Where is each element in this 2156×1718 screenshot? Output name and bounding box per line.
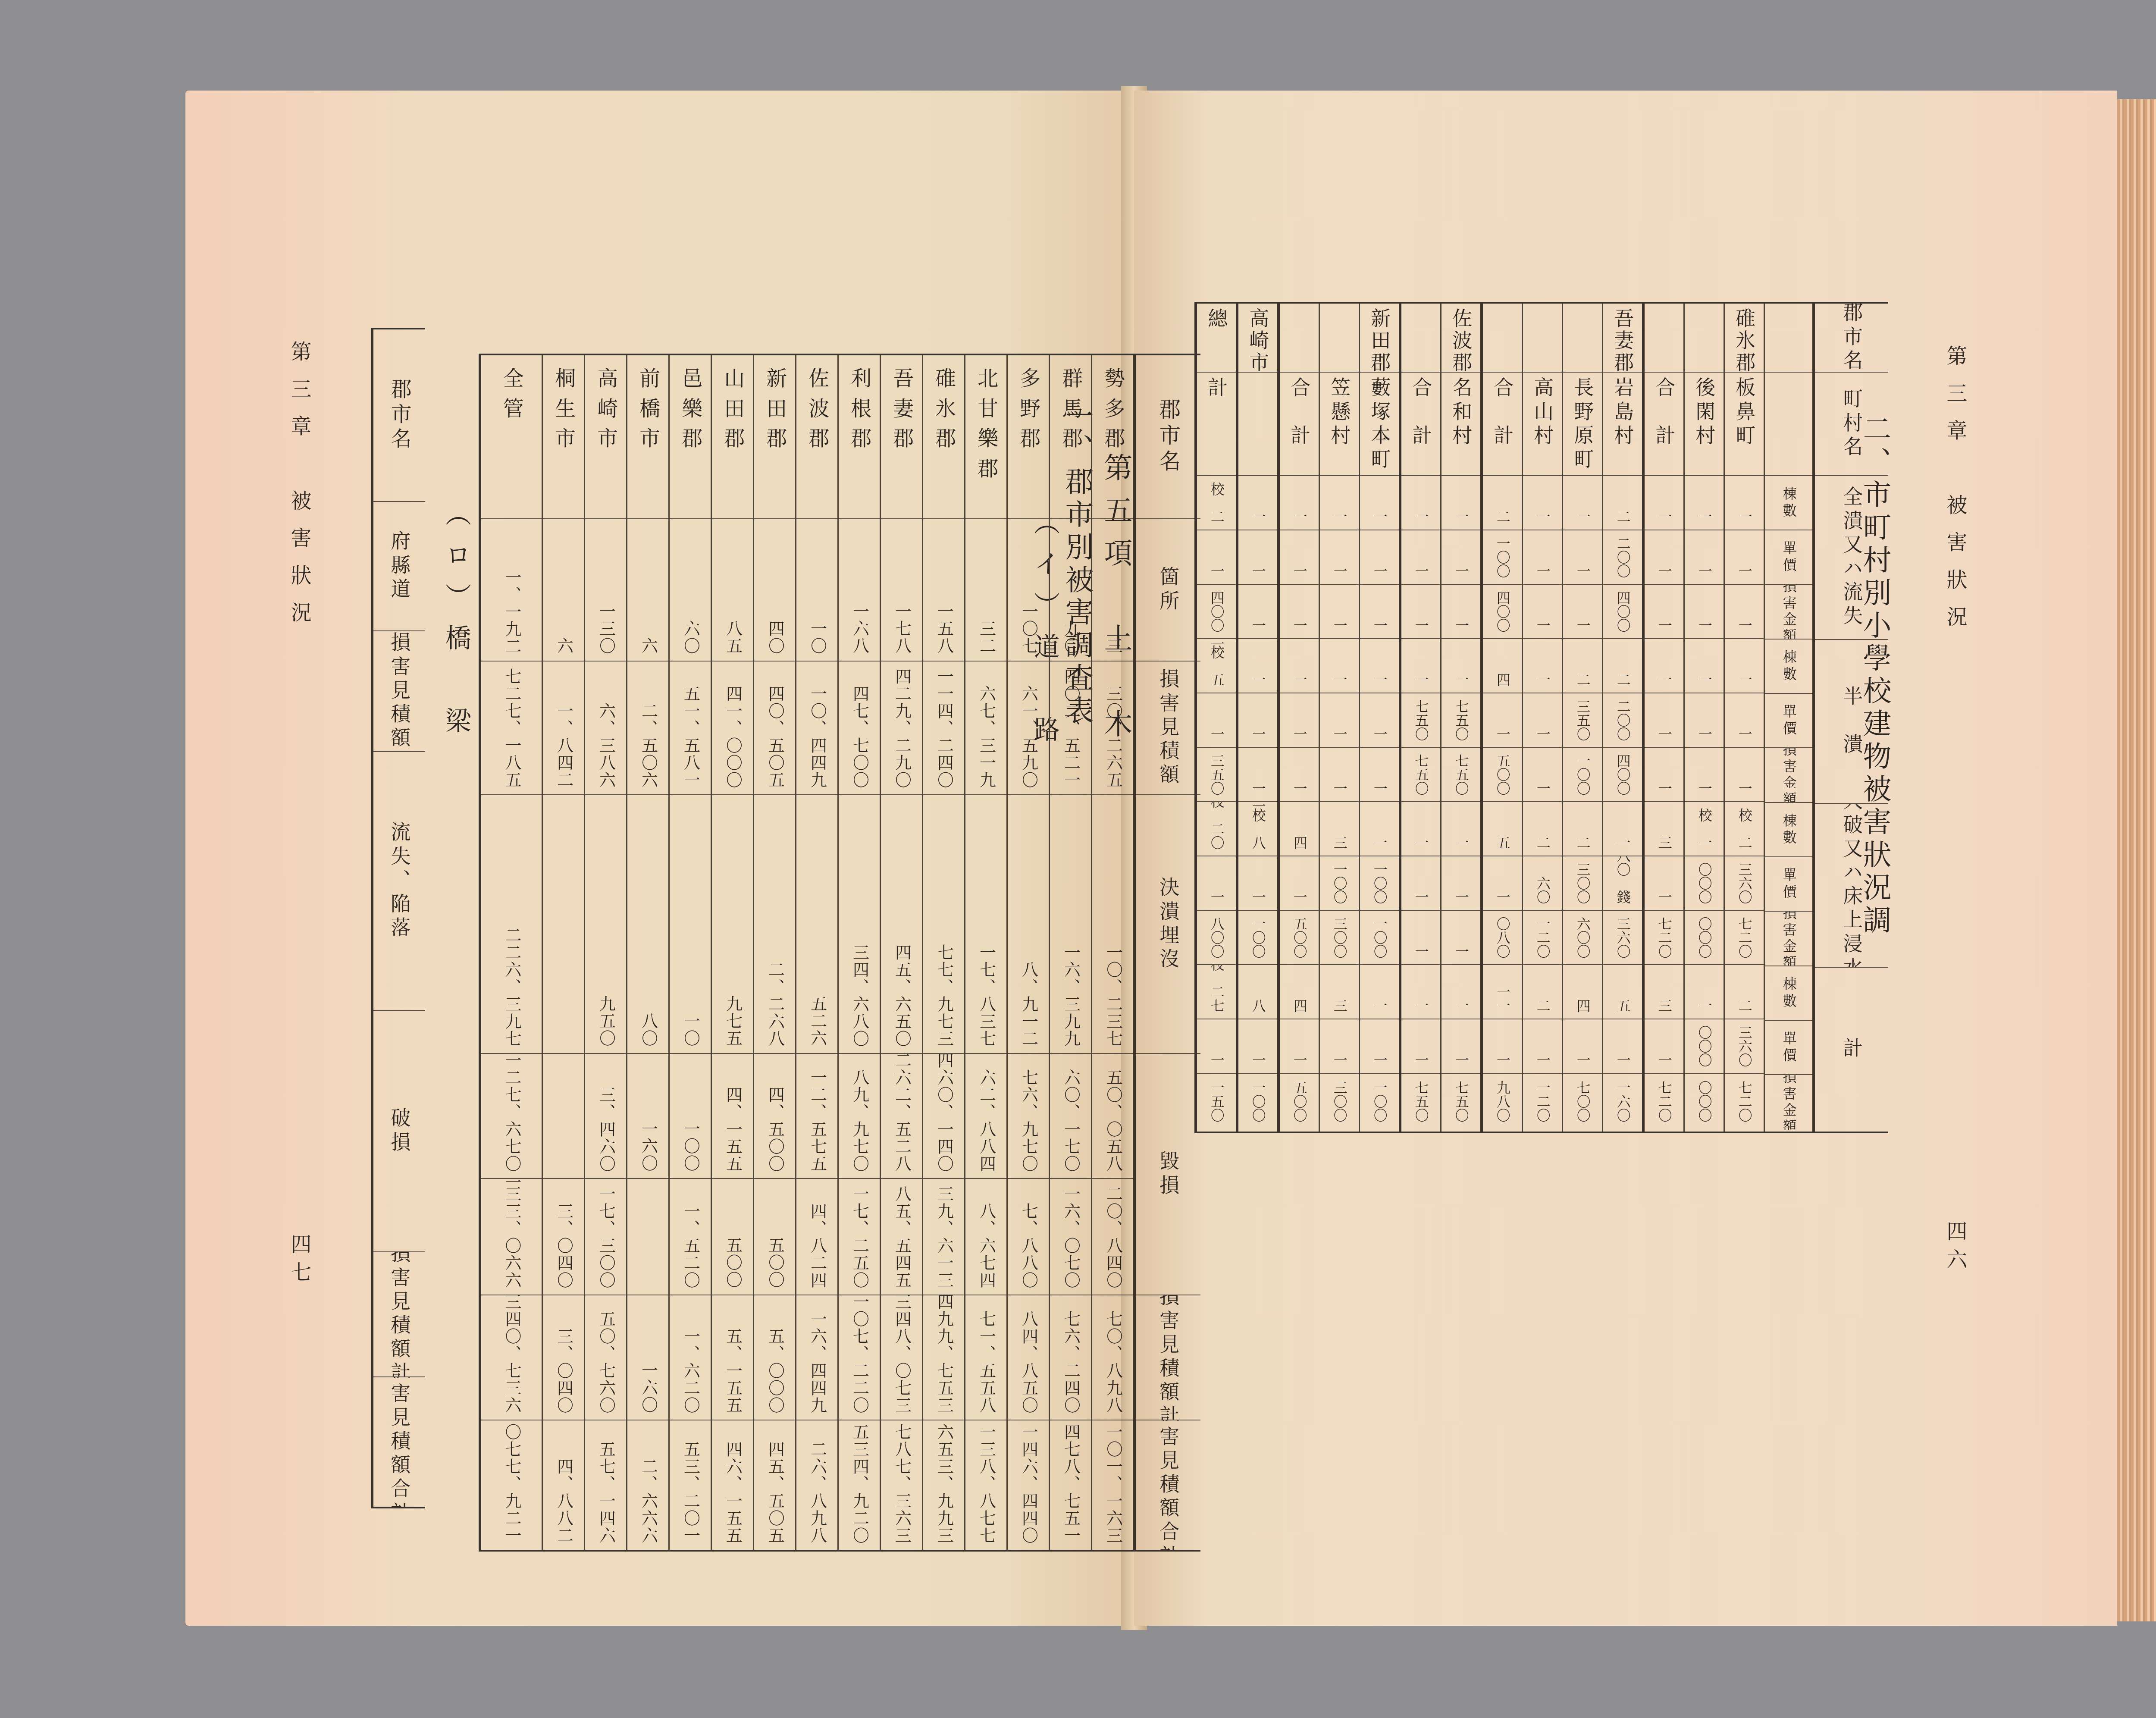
school-cell-value: 四〇〇 — [1495, 591, 1510, 632]
road-cell-value: 四〇、五〇五 — [766, 685, 783, 788]
school-cell-value: 一 — [1250, 564, 1265, 578]
road-cell-value: 一六〇 — [639, 1362, 657, 1414]
road-cell-dmg-amount: 六〇、一七〇 — [1050, 1054, 1091, 1179]
school-cell: 七、七二〇 — [1645, 1074, 1683, 1128]
road-cell-value: 一五八 — [935, 603, 953, 655]
school-cell-value: 四 — [1292, 836, 1307, 850]
school-cell-value: 一二〇 — [1535, 1081, 1550, 1122]
school-cell-value: 七、七二〇 — [1657, 1074, 1671, 1122]
school-cell-value: 二校 八 — [1250, 802, 1265, 850]
school-cell-value: 三 — [1332, 999, 1347, 1013]
road-cell-muni-amount: 三、〇四〇 — [543, 1179, 584, 1295]
road-cell-value: 四九九、七五三 — [935, 1295, 953, 1414]
school-cell: 一 — [1238, 748, 1277, 802]
school-cell: 二、一六〇 — [1603, 1074, 1642, 1128]
road-cell-value: 四、八八二 — [555, 1458, 572, 1544]
school-cell: 一 — [1238, 856, 1277, 911]
school-cell: 二一、一五〇 — [1197, 1074, 1236, 1128]
road-cell-muni-amount: 一六、〇七〇 — [1050, 1179, 1091, 1295]
school-cell: 一 — [1725, 530, 1764, 585]
road-cell-pref-places: 四〇 — [754, 519, 795, 661]
road-cell-dmg-amount: 一六〇 — [627, 1054, 668, 1179]
road-cell-value: 二二六、三九七 — [503, 927, 520, 1047]
page-number-left: 四七 — [285, 1233, 314, 1289]
road-cell-total: 四、八八二 — [543, 1420, 584, 1550]
road-cell-value: 一六、三九九 — [1062, 944, 1079, 1047]
school-row: 後閑村一一一一一一一校 一七、〇〇〇七、〇〇〇一七、〇〇〇七、〇〇〇 — [1683, 304, 1724, 1132]
school-cell: 一 — [1523, 693, 1562, 748]
school-cell: 一 — [1442, 639, 1480, 693]
school-row-district — [1401, 304, 1440, 373]
road-cell-value: 三、〇四〇 — [555, 1203, 572, 1289]
blank — [1765, 304, 1812, 373]
school-cell: 一、〇八〇 — [1483, 911, 1522, 965]
school-cell: 三六〇 — [1603, 911, 1642, 965]
road-row: 高崎市一三〇六、三八六九五〇三、四六〇一七、三〇〇五〇、七六〇五七、一四六 — [584, 355, 626, 1550]
school-cell-value: 一 — [1737, 618, 1752, 632]
school-cell-value: 一 — [1413, 890, 1428, 904]
road-row: 新田郡四〇四〇、五〇五二、二六八四、五〇〇五〇〇五、〇〇〇四五、五〇五 — [753, 355, 795, 1550]
school-cell-value: 一 — [1615, 836, 1630, 850]
road-cell-value: 八五、五四五 — [893, 1185, 910, 1288]
header-group-3: 計 — [1815, 968, 1888, 1132]
road-cell-total: 五三四、九二〇 — [839, 1420, 880, 1550]
school-cell-value: 一 — [1657, 890, 1671, 904]
school-cell: 一 — [1320, 585, 1359, 639]
school-cell: 一 — [1685, 748, 1724, 802]
header-district: 郡市名 — [1815, 304, 1888, 373]
school-cell-value: 一 — [1697, 999, 1711, 1013]
school-cell-value: 一 — [1413, 618, 1428, 632]
school-row: 合 計一一一一一一四一五〇〇四一五〇〇 — [1277, 304, 1319, 1132]
school-cell: 一 — [1442, 802, 1480, 856]
school-cell: 七二〇 — [1725, 1074, 1764, 1128]
school-cell: 一 — [1238, 1019, 1277, 1074]
road-cell-total: 四五、五〇五 — [754, 1420, 795, 1550]
header-collapse: 決潰埋沒 — [1136, 795, 1200, 1054]
school-cell: 一、七五〇 — [1401, 748, 1440, 802]
road-cell-pref-places: 一〇 — [796, 519, 837, 661]
school-cell-value: 一 — [1292, 673, 1307, 687]
road-cell-value: 四、八二四 — [808, 1203, 826, 1289]
school-cell-value: 一 — [1413, 510, 1428, 524]
school-row: 笠懸村一一一一一一三一〇〇三〇〇三一三〇〇 — [1319, 304, 1359, 1132]
school-cell: 一 — [1523, 639, 1562, 693]
road-cell-total: 三、〇七七、九二一 — [481, 1420, 542, 1550]
road-row-name: 前橋市 — [627, 355, 668, 519]
road-cell-dmg-amount: 五〇、〇五八 — [1092, 1054, 1133, 1179]
road-cell-value: 一六八 — [851, 603, 868, 655]
school-cell: 一 — [1563, 530, 1602, 585]
school-cell: 三 — [1645, 802, 1683, 856]
school-cell-value: 三 — [1657, 999, 1671, 1013]
school-cell: 一 — [1645, 748, 1683, 802]
school-cell-value: 一 — [1209, 564, 1224, 578]
school-cell-value: 四、五〇〇 — [1495, 748, 1510, 795]
road-cell-value: 三、〇四〇 — [555, 1328, 572, 1414]
road-cell-value: 一六、四四九 — [808, 1310, 826, 1414]
road-cell-value: 五七、一四六 — [597, 1441, 614, 1544]
school-cell: 五〇〇 — [1280, 911, 1319, 965]
school-cell: 一 — [1442, 585, 1480, 639]
school-damage-table: 郡市名 町村名 全潰又ハ流失 半 潰 大破又ハ床上浸水 計 棟數單價損害金額棟數… — [1194, 302, 1888, 1133]
school-cell: 五、一〇〇 — [1238, 1074, 1277, 1128]
road-cell-value: 四、五〇〇 — [766, 1086, 783, 1173]
road-cell-muni-total: 一、三四〇、七三六 — [481, 1295, 542, 1420]
bridge-header-district: 郡市名 — [373, 329, 425, 502]
road-cell-col-amount: 七七、九七三 — [923, 795, 964, 1054]
road-cell-muni-total: 五〇、七六〇 — [585, 1295, 626, 1420]
school-cell-value: 一 — [1292, 1053, 1307, 1067]
road-cell-pref-places: 八五 — [712, 519, 753, 661]
school-cell: 坪 八〇 錢 — [1603, 856, 1642, 911]
school-cell: 一 — [1320, 639, 1359, 693]
school-cell-value: 一 — [1454, 890, 1468, 904]
school-cell-value: 一四、八〇〇 — [1209, 911, 1224, 958]
school-cell: 一 — [1603, 802, 1642, 856]
school-row-town: 笠懸村 — [1320, 373, 1359, 476]
school-row: 高山村一一一一一一二六〇一二〇二一一二〇 — [1522, 304, 1562, 1132]
school-cell: 一 — [1725, 693, 1764, 748]
road-cell-pref-places: 一六八 — [839, 519, 880, 661]
school-cell: 一 — [1320, 530, 1359, 585]
bridge-header-column: 郡市名 府縣道 損害見積額 流失、陥落 破損 損害見積額計 損害見積額合計 — [371, 329, 425, 1507]
school-cell: 一 — [1280, 856, 1319, 911]
road-row-name: 邑樂郡 — [670, 355, 711, 519]
school-cell: 一 — [1442, 476, 1480, 530]
school-cell: 一 — [1523, 476, 1562, 530]
road-cell-value: 一三〇 — [597, 603, 614, 655]
school-cell: 一 — [1563, 1019, 1602, 1074]
road-cell-dmg-amount: 四、一五五 — [712, 1054, 753, 1179]
road-cell-pref-amount: 六、三八六 — [585, 661, 626, 795]
road-row: 邑樂郡六〇五一、五八一一〇一〇〇一、五二〇一、六二〇五三、二〇一 — [668, 355, 711, 1550]
road-cell-muni-total: 三、〇四〇 — [543, 1295, 584, 1420]
school-cell: 一 — [1238, 639, 1277, 693]
school-cell-value: 一 — [1332, 564, 1347, 578]
road-cell-total: 四六、一五五 — [712, 1420, 753, 1550]
school-cell-value: 一 — [1697, 510, 1711, 524]
road-cell-muni-total: 七一、五五八 — [965, 1295, 1006, 1420]
school-cell-value: 七、〇〇〇 — [1697, 856, 1711, 904]
school-cell-value: 一、七五〇 — [1413, 748, 1428, 795]
school-cell: 一〇〇 — [1360, 911, 1399, 965]
subheader-1: 單價 — [1765, 1021, 1812, 1075]
school-row: 新田郡藪塚本町一一一一一一一一〇〇一〇〇一一一〇〇 — [1359, 304, 1399, 1132]
school-cell-value: 一 — [1454, 510, 1468, 524]
school-cell-value: 一 — [1454, 944, 1468, 958]
school-cell: 一 — [1483, 1019, 1522, 1074]
school-cell-value: 一 — [1372, 618, 1387, 632]
school-cell: 一 — [1523, 585, 1562, 639]
school-cell: 一一 — [1483, 965, 1522, 1019]
school-cell-value: 一 — [1615, 1053, 1630, 1067]
subheader-2: 損害金額 — [1765, 585, 1812, 640]
school-row-town: 板鼻町 — [1725, 373, 1764, 476]
school-cell-value: 一 — [1697, 781, 1711, 795]
school-cell-value: 坪 八〇 錢 — [1615, 856, 1630, 904]
road-row-name: 高崎市 — [585, 355, 626, 519]
school-cell-value: 二 — [1535, 999, 1550, 1013]
school-cell: 一、七五〇 — [1442, 748, 1480, 802]
road-cell-value: 七八七、三六三 — [893, 1423, 910, 1544]
school-row-town: 藪塚本町 — [1360, 373, 1399, 476]
road-cell-value: 六〇 — [682, 620, 699, 655]
road-cell-muni-total: 五、一五五 — [712, 1295, 753, 1420]
school-row-district — [1645, 304, 1683, 373]
school-cell: 一 — [1360, 693, 1399, 748]
road-cell-muni-amount: 二三三、〇六六 — [481, 1179, 542, 1295]
subheader-0: 棟數 — [1765, 966, 1812, 1021]
road-row: 山田郡八五四一、〇〇〇九七五四、一五五五〇〇五、一五五四六、一五五 — [711, 355, 753, 1550]
road-cell-total: 二、六六六 — [627, 1420, 668, 1550]
school-row-district: 總 — [1197, 304, 1236, 373]
school-cell: 一 — [1197, 856, 1236, 911]
school-cell-value: 三、一〇〇 — [1575, 748, 1590, 795]
school-cell: 三、七〇〇 — [1563, 1074, 1602, 1128]
school-row-town — [1238, 373, 1277, 476]
road-cell-value: 七〇、八九八 — [1104, 1310, 1122, 1414]
school-cell-value: 一 — [1535, 673, 1550, 687]
school-cell-value: 一〇〇 — [1372, 1081, 1387, 1122]
school-cell: 四 — [1483, 639, 1522, 693]
road-cell-value: 一三八、八七七 — [978, 1423, 995, 1544]
road-cell-value: 三〇、二六五 — [1104, 685, 1122, 788]
school-cell: 三 — [1320, 802, 1359, 856]
school-cell-value: 一 — [1697, 564, 1711, 578]
subheader-0: 棟數 — [1765, 803, 1812, 857]
school-cell-value: 一 — [1413, 944, 1428, 958]
school-cell-value: 四 — [1292, 999, 1307, 1013]
school-cell: 一〇〇 — [1483, 530, 1522, 585]
school-cell: 四、五〇〇 — [1483, 748, 1522, 802]
school-cell-value: 一 — [1535, 1053, 1550, 1067]
school-cell: 一 — [1685, 530, 1724, 585]
road-cell-dmg-amount: 一〇〇 — [670, 1054, 711, 1179]
road-cell-pref-places: 六 — [627, 519, 668, 661]
school-cell-value: 二 — [1615, 673, 1630, 687]
road-cell-value: 四一、〇〇〇 — [724, 685, 741, 788]
school-cell: 六、三五〇 — [1197, 748, 1236, 802]
header-pref-places: 箇所 — [1136, 519, 1200, 661]
road-cell-muni-total: 四九九、七五三 — [923, 1295, 964, 1420]
school-cell: 一 — [1725, 639, 1764, 693]
road-cell-value: 一、六二〇 — [682, 1328, 699, 1414]
school-cell-value: 一、〇八〇 — [1495, 911, 1510, 958]
road-cell-value: 一七、八三七 — [978, 944, 995, 1047]
school-cell: 二〇〇 — [1603, 693, 1642, 748]
school-cell-value: 一 — [1332, 618, 1347, 632]
road-cell-value: 一、七二七、一八五 — [503, 661, 520, 788]
school-cell: 一 — [1442, 530, 1480, 585]
school-cell-value: 一 — [1250, 727, 1265, 741]
school-cell-value: 一〇〇 — [1372, 862, 1387, 904]
road-cell-dmg-amount: 四、五〇〇 — [754, 1054, 795, 1179]
school-cell: 一 — [1280, 476, 1319, 530]
school-row-town: 合 計 — [1645, 373, 1683, 476]
road-row: 利根郡一六八四七、七〇〇三四、六八〇八九、九七〇一七、二五〇一〇七、二二〇五三四… — [837, 355, 880, 1550]
school-cell-value: 一 — [1575, 1053, 1590, 1067]
school-cell: 一、四〇〇 — [1603, 748, 1642, 802]
school-cell-value: 一 — [1657, 1053, 1671, 1067]
school-cell: 一 — [1645, 585, 1683, 639]
school-row-district: 佐波郡 — [1442, 304, 1480, 373]
road-cell-muni-amount: 一七、三〇〇 — [585, 1179, 626, 1295]
road-cell-pref-places: 一七八 — [881, 519, 922, 661]
road-cell-value: 六 — [555, 637, 572, 655]
subheader-0: 棟數 — [1765, 640, 1812, 694]
road-cell-value: 六 — [639, 637, 657, 655]
school-cell-value: 一 — [1575, 618, 1590, 632]
road-row: 勢多郡三三〇、二六五一〇、二三七五〇、〇五八二〇、八四〇七〇、八九八一〇一、一六… — [1091, 355, 1133, 1550]
school-cell: 一 — [1280, 585, 1319, 639]
school-row: 總計一校 二一四〇〇三校 五一六、三五〇九校 二〇一一四、八〇〇一三校 二七一二… — [1194, 304, 1236, 1132]
school-cell-value: 一 — [1495, 890, 1510, 904]
school-cell: 一 — [1442, 1019, 1480, 1074]
school-cell: 一 — [1280, 530, 1319, 585]
school-cell: 二 — [1523, 802, 1562, 856]
school-cell-value: 一 — [1657, 727, 1671, 741]
road-cell-value: 七六、二四〇 — [1062, 1310, 1079, 1414]
road-cell-muni-total: 三四八、〇七三 — [881, 1295, 922, 1420]
road-cell-pref-amount: 二、五〇六 — [627, 661, 668, 795]
school-cell-value: 四 — [1575, 999, 1590, 1013]
school-cell-value: 一 — [1372, 564, 1387, 578]
school-cell: 一二〇 — [1523, 911, 1562, 965]
school-cell-value: 一 — [1209, 890, 1224, 904]
school-cell-value: 三校 五 — [1209, 639, 1224, 687]
road-cell-pref-places: 六〇 — [670, 519, 711, 661]
school-cell: 八 — [1238, 965, 1277, 1019]
school-cell: 一 — [1280, 639, 1319, 693]
school-row: 高崎市一一一一一一二校 八一五、一〇〇八一五、一〇〇 — [1236, 304, 1277, 1132]
school-cell: 一 — [1360, 748, 1399, 802]
road-cell-pref-amount: 六一、五九〇 — [1008, 661, 1049, 795]
school-row-district: 高崎市 — [1238, 304, 1277, 373]
road-cell-value: 一、八四二 — [555, 702, 572, 789]
school-cell-value: 一 — [1250, 673, 1265, 687]
road-cell-value: 四五、六五〇 — [893, 944, 910, 1047]
school-cell-value: 三六〇 — [1737, 862, 1752, 904]
school-cell-value: 一〇〇 — [1332, 862, 1347, 904]
road-cell-value: 一〇、二三七 — [1104, 944, 1122, 1047]
road-cell-pref-amount: 四〇二、五二一 — [1050, 661, 1091, 795]
road-row: 全管一、一九二一、七二七、一八五二二六、三九七一、一二七、六七〇二三三、〇六六一… — [479, 355, 542, 1550]
school-cell: 一、七五〇 — [1442, 693, 1480, 748]
school-cell: 一 — [1280, 748, 1319, 802]
school-cell: 一 — [1197, 693, 1236, 748]
road-cell-pref-places: 九〇 — [1050, 519, 1091, 661]
school-cell: 五、九八〇 — [1483, 1074, 1522, 1128]
school-cell: 一、七五〇 — [1401, 693, 1440, 748]
road-cell-muni-total: 五、〇〇〇 — [754, 1295, 795, 1420]
school-cell-value: 一 — [1697, 673, 1711, 687]
school-cell-value: 一、七五〇 — [1454, 693, 1468, 741]
subheader-2: 損害金額 — [1765, 912, 1812, 966]
road-cell-value: 一六〇 — [639, 1120, 657, 1172]
road-cell-total: 一四六、四四〇 — [1008, 1420, 1049, 1550]
school-cell-value: 一、四〇〇 — [1615, 748, 1630, 795]
school-cell-value: 九校 二〇 — [1209, 802, 1224, 850]
school-cell-value: 一 — [1454, 1053, 1468, 1067]
school-cell: 一、七五〇 — [1442, 1074, 1480, 1128]
road-cell-value: 一〇七 — [1020, 603, 1037, 655]
school-cell: 三 — [1320, 965, 1359, 1019]
road-cell-dmg-amount: 三、四六〇 — [585, 1054, 626, 1179]
road-cell-value: 三、四六〇 — [597, 1086, 614, 1173]
road-row: 吾妻郡一七八四二九、二九〇四五、六五〇二六二、五二八八五、五四五三四八、〇七三七… — [880, 355, 922, 1550]
road-cell-col-amount: 三四、六八〇 — [839, 795, 880, 1054]
school-cell-value: 一〇〇 — [1372, 917, 1387, 958]
road-cell-value: 九五〇 — [597, 995, 614, 1047]
road-cell-value: 一、一九二 — [503, 569, 520, 655]
school-cell-value: 五、九八〇 — [1495, 1074, 1510, 1122]
school-cell: 一 — [1523, 748, 1562, 802]
school-row-town: 岩島村 — [1603, 373, 1642, 476]
school-row-district — [1563, 304, 1602, 373]
road-cell-col-amount: 四五、六五〇 — [881, 795, 922, 1054]
school-cell-value: 五〇〇 — [1292, 917, 1307, 958]
school-cell-value: 一 — [1372, 999, 1387, 1013]
road-cell-value: 六二、八八四 — [978, 1069, 995, 1172]
school-cell: 七、〇〇〇 — [1685, 1019, 1724, 1074]
road-cell-pref-places: 一、一九二 — [481, 519, 542, 661]
school-cell-value: 一 — [1657, 781, 1671, 795]
school-cell-value: 三六〇 — [1615, 917, 1630, 958]
road-cell-value: 五、一五五 — [724, 1328, 741, 1414]
school-cell: 四〇〇 — [1197, 585, 1236, 639]
road-cell-pref-amount: 一、七二七、一八五 — [481, 661, 542, 795]
school-cell: 七、〇〇〇 — [1685, 856, 1724, 911]
school-cell-value: 一 — [1697, 618, 1711, 632]
header-muni-total: 損害見積額計 — [1136, 1295, 1200, 1420]
road-cell-value: 二六、八九八 — [808, 1441, 826, 1544]
road-header-column: 郡市名 箇所 損害見積額 決潰埋沒 毀損 損害見積額計 損害見積額合計 — [1133, 355, 1200, 1550]
road-cell-pref-amount: 四七、七〇〇 — [839, 661, 880, 795]
road-cell-muni-amount — [627, 1179, 668, 1295]
road-cell-col-amount: 九五〇 — [585, 795, 626, 1054]
school-cell-value: 三六〇 — [1737, 1025, 1752, 1067]
school-cell-value: 一 — [1535, 618, 1550, 632]
road-row-name: 碓氷郡 — [923, 355, 964, 519]
header-group-0: 全潰又ハ流失 — [1815, 476, 1888, 640]
school-row-town: 長野原町 — [1563, 373, 1602, 476]
road-cell-col-amount: 二、二六八 — [754, 795, 795, 1054]
school-row-town: 合 計 — [1401, 373, 1440, 476]
road-cell-muni-amount: 三九、六一三 — [923, 1179, 964, 1295]
school-cell-value: 一校 一 — [1697, 802, 1711, 850]
school-row-district — [1280, 304, 1319, 373]
subheader-2: 損害金額 — [1765, 748, 1812, 803]
road-cell-col-amount: 五二六 — [796, 795, 837, 1054]
road-row-name: 全管 — [481, 355, 542, 519]
road-row: 桐生市六一、八四二三、〇四〇三、〇四〇四、八八二 — [542, 355, 584, 1550]
bridge-header-pref: 府縣道 — [373, 502, 425, 631]
school-cell: 一〇〇 — [1360, 1074, 1399, 1128]
road-cell-col-amount: 一六、三九九 — [1050, 795, 1091, 1054]
road-cell-value: 三九、六一三 — [935, 1185, 953, 1288]
school-cell: 一 — [1645, 856, 1683, 911]
road-cell-total: 七八七、三六三 — [881, 1420, 922, 1550]
road-cell-pref-amount: 三〇、二六五 — [1092, 661, 1133, 795]
school-cell-value: 一 — [1737, 673, 1752, 687]
school-cell: 三校 五 — [1197, 639, 1236, 693]
school-cell: 五〇〇 — [1280, 1074, 1319, 1128]
road-cell-muni-total: 一六、四四九 — [796, 1295, 837, 1420]
road-cell-dmg-amount — [543, 1054, 584, 1179]
road-row-name: 新田郡 — [754, 355, 795, 519]
school-cell-value: 一 — [1332, 1053, 1347, 1067]
